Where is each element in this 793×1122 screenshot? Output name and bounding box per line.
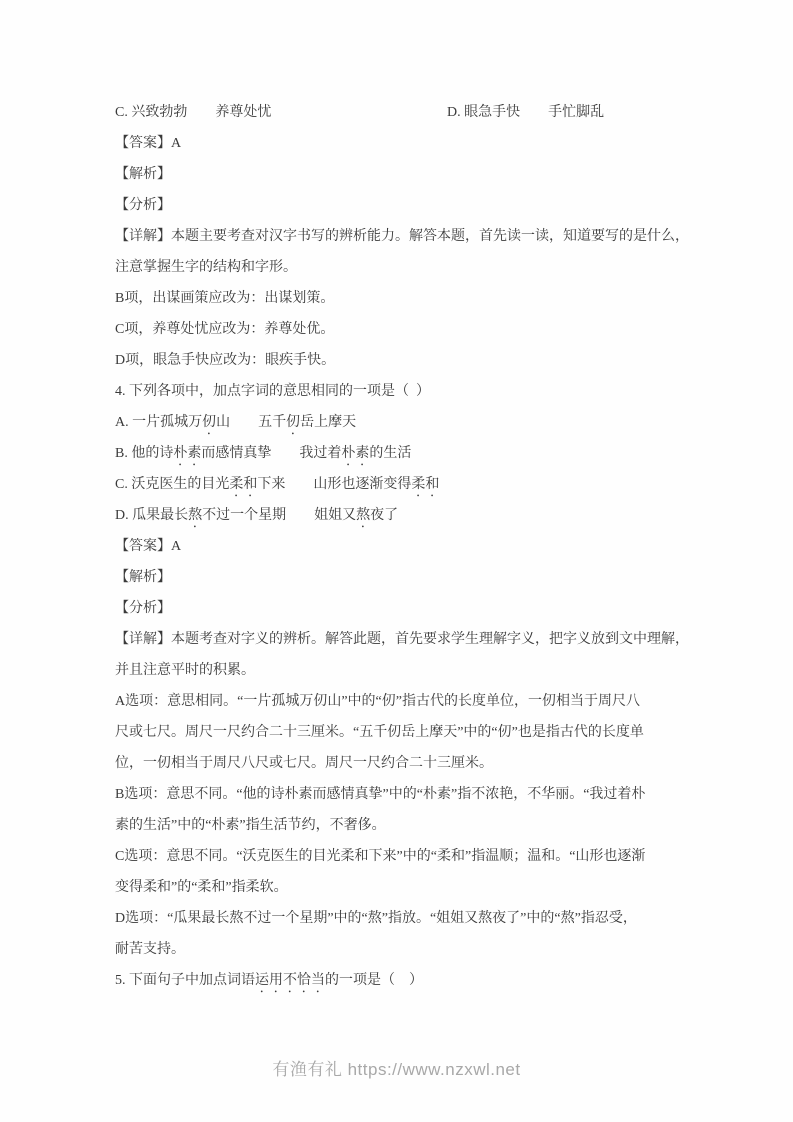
text-segment: D选项：“瓜果最长熬不过一个星期”中的“熬”指放。“姐姐又熬夜了”中的“熬”指忍…	[115, 911, 637, 926]
text-line: 【答案】A	[115, 531, 690, 562]
emphasized-text: 朴素	[173, 446, 201, 461]
emphasized-text: 仞	[286, 415, 300, 430]
text-line: 尺或七尺。周尺一尺约合二十三厘米。“五千仞岳上摩天”中的“仞”也是指古代的长度单	[115, 717, 690, 748]
text-segment: 4. 下列各项中，加点字词的意思相同的一项是（ ）	[115, 384, 430, 399]
text-segment: D项，眼急手快应改为：眼疾手快。	[115, 353, 335, 368]
text-line: C选项：意思不同。“沃克医生的目光柔和下来”中的“柔和”指温顺；温和。“山形也逐…	[115, 841, 690, 872]
text-line: B. 他的诗朴素而感情真挚 我过着朴素的生活	[115, 438, 690, 469]
text-line: A选项：意思相同。“一片孤城万仞山”中的“仞”指古代的长度单位，一仞相当于周尺八	[115, 686, 690, 717]
text-segment: 【分析】	[115, 198, 171, 213]
text-segment: 下来 山形也逐渐变得	[257, 477, 411, 492]
text-line: 【解析】	[115, 562, 690, 593]
footer-watermark: 有渔有礼 https://www.nzxwl.net	[0, 1055, 793, 1085]
text-line: 素的生活”中的“朴素”指生活节约，不奢侈。	[115, 810, 690, 841]
text-segment: 5. 下面句子中加点词语	[115, 973, 255, 988]
text-line: B选项：意思不同。“他的诗朴素而感情真挚”中的“朴素”指不浓艳，不华丽。“我过着…	[115, 779, 690, 810]
text-line: 【详解】本题主要考查对汉字书写的辨析能力。解答本题，首先读一读，知道要写的是什么…	[115, 221, 690, 252]
text-segment: 【详解】本题主要考查对汉字书写的辨析能力。解答本题，首先读一读，知道要写的是什么…	[115, 229, 689, 244]
text-segment: 注意掌握生字的结构和字形。	[115, 260, 297, 275]
emphasized-text: 运用不恰当	[255, 973, 325, 988]
emphasized-text: 朴素	[341, 446, 369, 461]
emphasized-text: 柔和	[411, 477, 439, 492]
emphasized-text: 柔和	[229, 477, 257, 492]
text-segment: C. 兴致勃勃 养尊处忧	[115, 105, 271, 120]
text-line: 【分析】	[115, 593, 690, 624]
text-line: 【详解】本题考查对字义的辨析。解答此题，首先要求学生理解字义，把字义放到文中理解…	[115, 624, 690, 655]
emphasized-text: 熬	[356, 508, 370, 523]
text-line: 【解析】	[115, 159, 690, 190]
text-line: 位，一仞相当于周尺八尺或七尺。周尺一尺约合二十三厘米。	[115, 748, 690, 779]
text-line: 注意掌握生字的结构和字形。	[115, 252, 690, 283]
text-line: 变得柔和”的“柔和”指柔软。	[115, 872, 690, 903]
text-segment: 耐苦支持。	[115, 942, 185, 957]
text-segment: 位，一仞相当于周尺八尺或七尺。周尺一尺约合二十三厘米。	[115, 756, 493, 771]
text-segment: D. 眼急手快 手忙脚乱	[447, 97, 604, 128]
emphasized-text: 熬	[188, 508, 202, 523]
text-segment: 变得柔和”的“柔和”指柔软。	[115, 880, 288, 895]
text-line: D项，眼急手快应改为：眼疾手快。	[115, 345, 690, 376]
text-segment: 【解析】	[115, 570, 171, 585]
text-segment: 并且注意平时的积累。	[115, 663, 255, 678]
text-segment: 尺或七尺。周尺一尺约合二十三厘米。“五千仞岳上摩天”中的“仞”也是指古代的长度单	[115, 725, 644, 740]
text-line: B项，出谋画策应改为：出谋划策。	[115, 283, 690, 314]
text-segment: 的一项是（ ）	[325, 973, 423, 988]
text-segment: 山 五千	[216, 415, 286, 430]
exam-document-page: C. 兴致勃勃 养尊处忧D. 眼急手快 手忙脚乱【答案】A【解析】【分析】【详解…	[0, 0, 793, 1122]
text-segment: 【答案】A	[115, 539, 181, 554]
text-segment: 不过一个星期 姐姐又	[202, 508, 356, 523]
text-segment: C选项：意思不同。“沃克医生的目光柔和下来”中的“柔和”指温顺；温和。“山形也逐…	[115, 849, 645, 864]
text-line: C. 兴致勃勃 养尊处忧D. 眼急手快 手忙脚乱	[115, 97, 690, 128]
text-line: A. 一片孤城万仞山 五千仞岳上摩天	[115, 407, 690, 438]
text-line: 并且注意平时的积累。	[115, 655, 690, 686]
text-segment: B项，出谋画策应改为：出谋划策。	[115, 291, 334, 306]
text-segment: 的生活	[369, 446, 411, 461]
text-segment: 岳上摩天	[300, 415, 356, 430]
text-line: 4. 下列各项中，加点字词的意思相同的一项是（ ）	[115, 376, 690, 407]
text-segment: 【答案】A	[115, 136, 181, 151]
document-body: C. 兴致勃勃 养尊处忧D. 眼急手快 手忙脚乱【答案】A【解析】【分析】【详解…	[115, 97, 690, 996]
text-segment: 【详解】本题考查对字义的辨析。解答此题，首先要求学生理解字义，把字义放到文中理解…	[115, 632, 689, 647]
text-segment: 素的生活”中的“朴素”指生活节约，不奢侈。	[115, 818, 386, 833]
text-segment: C. 沃克医生的目光	[115, 477, 229, 492]
emphasized-text: 仞	[202, 415, 216, 430]
text-line: 【答案】A	[115, 128, 690, 159]
text-line: D选项：“瓜果最长熬不过一个星期”中的“熬”指放。“姐姐又熬夜了”中的“熬”指忍…	[115, 903, 690, 934]
text-line: 耐苦支持。	[115, 934, 690, 965]
text-segment: B. 他的诗	[115, 446, 173, 461]
text-segment: B选项：意思不同。“他的诗朴素而感情真挚”中的“朴素”指不浓艳，不华丽。“我过着…	[115, 787, 645, 802]
text-line: C项，养尊处忧应改为：养尊处优。	[115, 314, 690, 345]
text-segment: 【解析】	[115, 167, 171, 182]
text-line: C. 沃克医生的目光柔和下来 山形也逐渐变得柔和	[115, 469, 690, 500]
text-segment: 而感情真挚 我过着	[201, 446, 341, 461]
text-segment: C项，养尊处忧应改为：养尊处优。	[115, 322, 334, 337]
text-segment: 夜了	[370, 508, 398, 523]
text-segment: D. 瓜果最长	[115, 508, 188, 523]
text-line: 5. 下面句子中加点词语运用不恰当的一项是（ ）	[115, 965, 690, 996]
text-line: 【分析】	[115, 190, 690, 221]
text-segment: A. 一片孤城万	[115, 415, 202, 430]
text-line: D. 瓜果最长熬不过一个星期 姐姐又熬夜了	[115, 500, 690, 531]
text-segment: A选项：意思相同。“一片孤城万仞山”中的“仞”指古代的长度单位，一仞相当于周尺八	[115, 694, 640, 709]
text-segment: 【分析】	[115, 601, 171, 616]
